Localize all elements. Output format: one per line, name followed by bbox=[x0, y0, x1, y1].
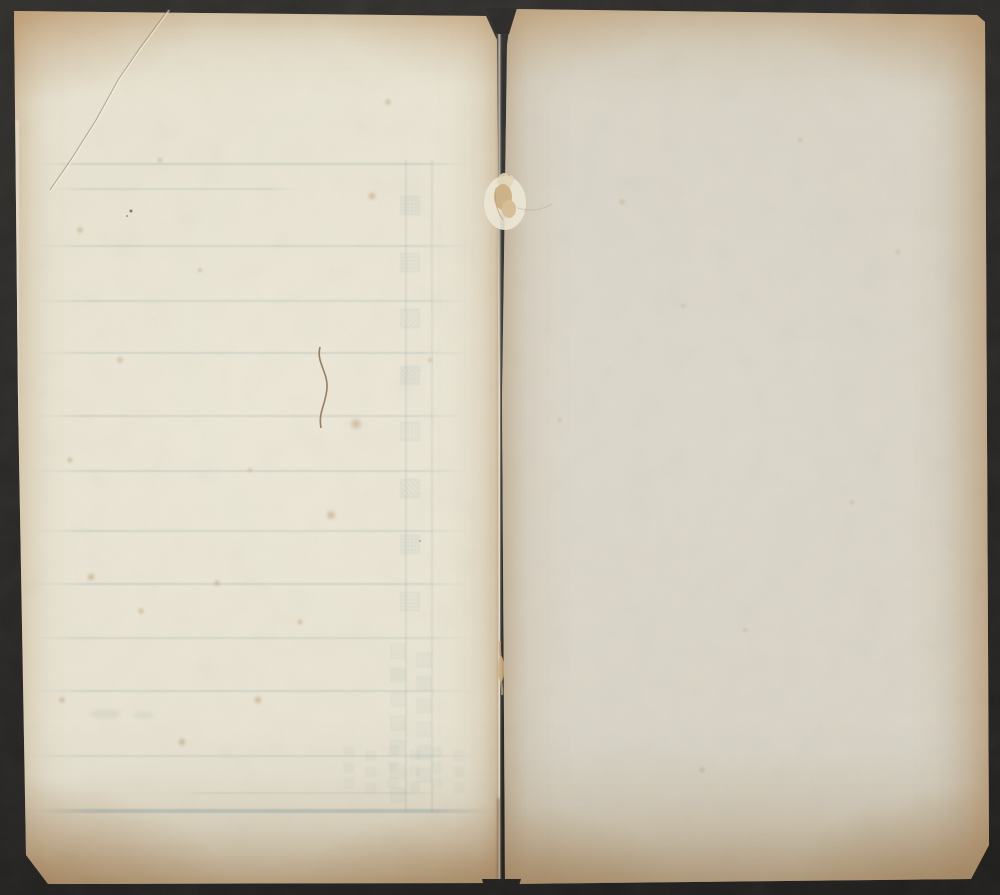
book-scan-photo: ▦▤▧▩▥▨▦▤ ▤▦▥▧▦▤▨ ▧▦▤▥▦▧ ▤▦▥ ▦▧▤ ▥▦▨ ▤▧▦ … bbox=[0, 0, 1000, 895]
photo-lighting-vignette bbox=[0, 0, 1000, 895]
